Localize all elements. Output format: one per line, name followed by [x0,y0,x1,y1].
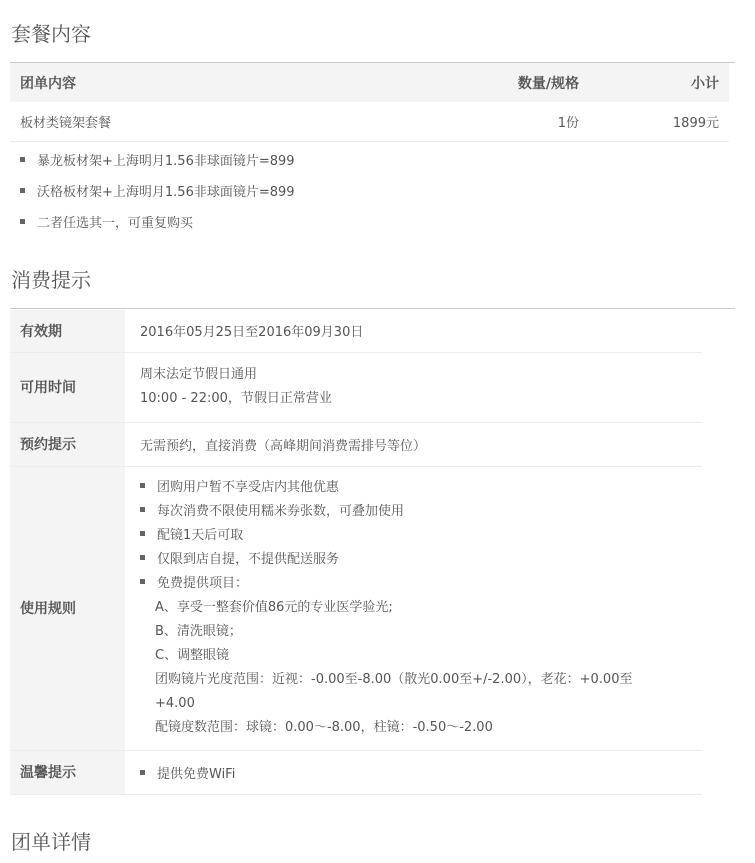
table-row: 板材类镜架套餐 1份 1899元 [10,102,729,142]
list-item: 配镜1天后可取 [140,524,687,548]
list-item: 团购用户暂不享受店内其他优惠 [140,476,687,500]
row-usage-rules: 使用规则 团购用户暂不享受店内其他优惠 每次消费不限使用糯米券张数，可叠加使用 … [10,466,702,750]
item-name: 板材类镜架套餐 [10,102,429,142]
free-item-b: B、清洗眼镜； [140,620,687,644]
row-warm-tips: 温馨提示 提供免费WiFi [10,750,702,794]
rules-list: 团购用户暂不享受店内其他优惠 每次消费不限使用糯米券张数，可叠加使用 配镜1天后… [140,476,687,596]
bullet-icon [140,507,145,512]
bullet-icon [140,531,145,536]
validity-label: 有效期 [10,310,125,352]
row-validity: 有效期 2016年05月25日至2016年09月30日 [10,310,702,352]
usage-rules-value: 团购用户暂不享受店内其他优惠 每次消费不限使用糯米券张数，可叠加使用 配镜1天后… [125,466,702,750]
bullet-icon [140,555,145,560]
details-section-title: 团单详情 [11,828,91,856]
list-item: 二者任选其一，可重复购买 [20,211,295,242]
item-subtotal: 1899元 [589,102,729,142]
row-available-time: 可用时间 周末法定节假日通用 10:00 - 22:00，节假日正常营业 [10,352,702,422]
bullet-icon [20,157,25,162]
header-content: 团单内容 [10,63,429,102]
usage-rules-label: 使用规则 [10,466,125,750]
available-time-label: 可用时间 [10,352,125,422]
list-item: 沃格板材架+上海明月1.56非球面镜片=899 [20,180,295,211]
available-time-value: 周末法定节假日通用 10:00 - 22:00，节假日正常营业 [125,352,702,422]
bullet-icon [140,483,145,488]
package-section-title: 套餐内容 [11,20,91,48]
tips-table: 有效期 2016年05月25日至2016年09月30日 可用时间 周末法定节假日… [10,310,702,795]
booking-label: 预约提示 [10,422,125,466]
bullet-icon [20,188,25,193]
list-item: 免费提供项目： [140,572,687,596]
lens-range: 团购镜片光度范围：近视：-0.00至-8.00（散光0.00至+/-2.00），… [140,668,665,716]
tips-section-title: 消费提示 [11,266,91,294]
header-quantity: 数量/规格 [429,63,589,102]
list-item: 暴龙板材架+上海明月1.56非球面镜片=899 [20,149,295,180]
free-item-c: C、调整眼镜 [140,644,687,668]
warm-tips-value: 提供免费WiFi [125,750,702,794]
package-table: 团单内容 数量/规格 小计 板材类镜架套餐 1份 1899元 [10,63,729,142]
package-notes: 暴龙板材架+上海明月1.56非球面镜片=899 沃格板材架+上海明月1.56非球… [20,149,295,242]
bullet-icon [140,579,145,584]
booking-value: 无需预约，直接消费（高峰期间消费需排号等位） [125,422,702,466]
list-item: 每次消费不限使用糯米券张数，可叠加使用 [140,500,687,524]
tips-section-divider [10,308,735,309]
free-item-a: A、享受一整套价值86元的专业医学验光; [140,596,687,620]
row-booking: 预约提示 无需预约，直接消费（高峰期间消费需排号等位） [10,422,702,466]
bullet-icon [20,219,25,224]
header-subtotal: 小计 [589,63,729,102]
warm-tips-label: 温馨提示 [10,750,125,794]
item-quantity: 1份 [429,102,589,142]
bullet-icon [140,770,145,775]
list-item: 仅限到店自提，不提供配送服务 [140,548,687,572]
validity-value: 2016年05月25日至2016年09月30日 [125,310,702,352]
package-table-header: 团单内容 数量/规格 小计 [10,63,729,102]
prescription-range: 配镜度数范围：球镜：0.00～-8.00，柱镜：-0.50～-2.00 [140,716,687,740]
